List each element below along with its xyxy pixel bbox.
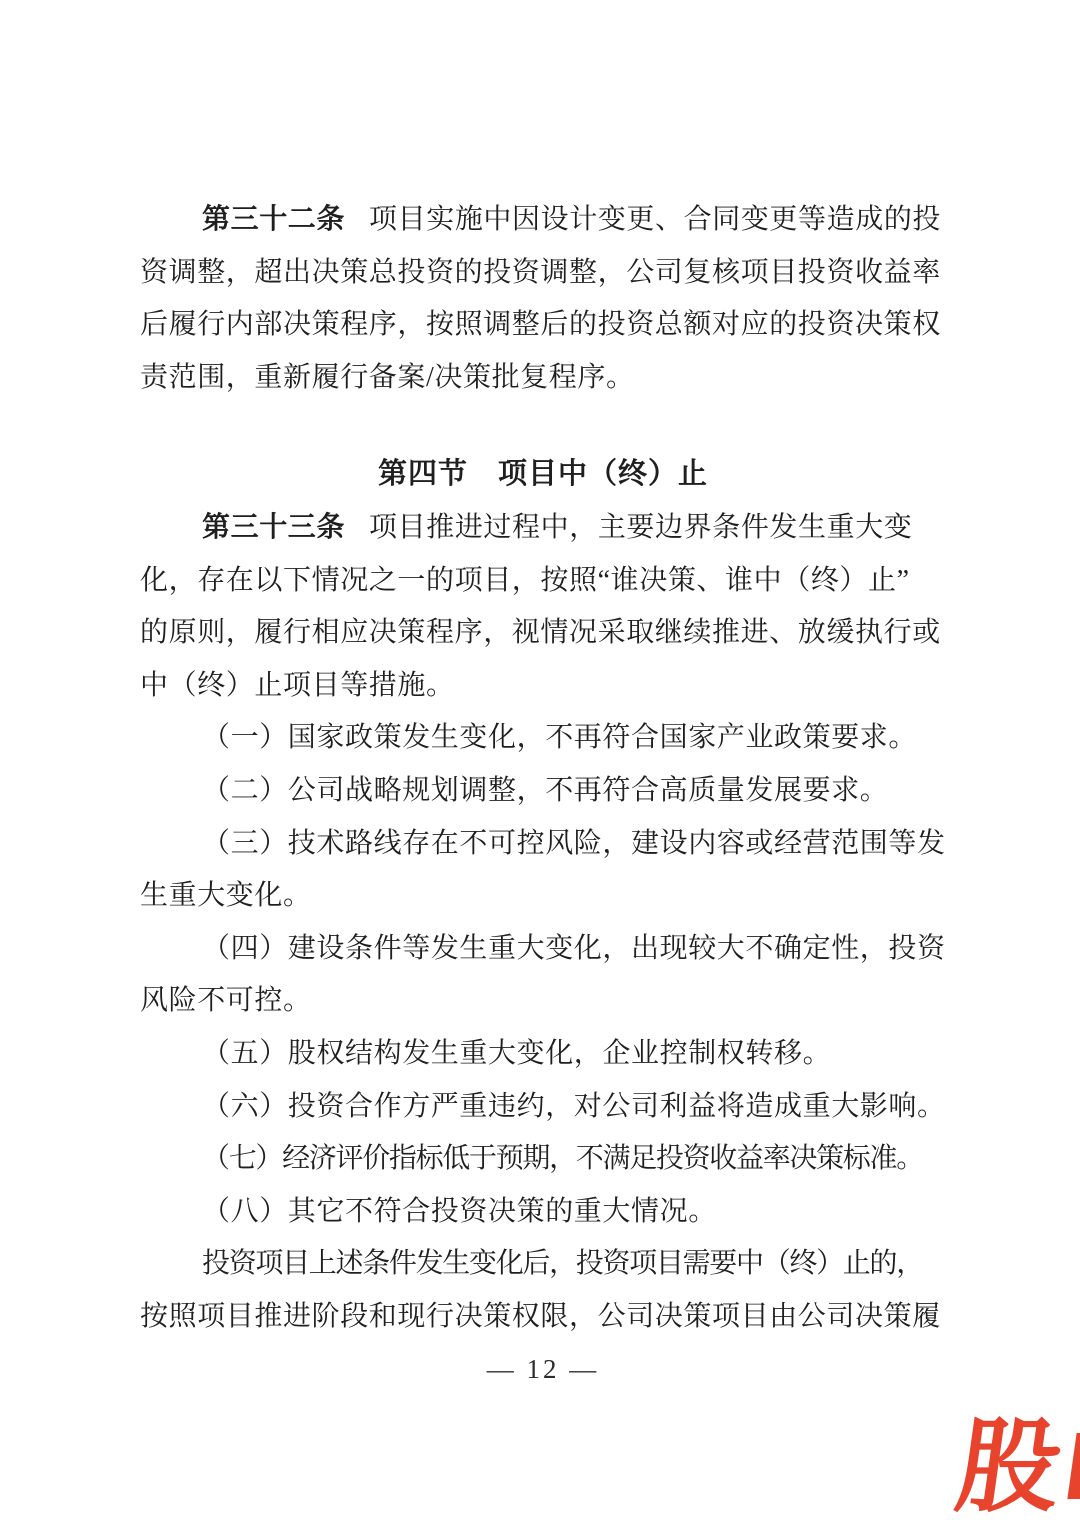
- article-32-number: 第三十二条: [202, 203, 345, 234]
- article-33-line-2: 化，存在以下情况之一的项目，按照“谁决策、谁中（终）止”: [140, 555, 946, 608]
- article-32-line-3: 后履行内部决策程序，按照调整后的投资总额对应的投资决策权: [140, 299, 946, 352]
- clause-7: （七）经济评价指标低于预期，不满足投资收益率决策标准。: [140, 1133, 946, 1186]
- closing-line-2: 按照项目推进阶段和现行决策权限，公司决策项目由公司决策履: [140, 1291, 946, 1344]
- article-33-line-4: 中（终）止项目等措施。: [140, 660, 946, 713]
- document-body: 第三十二条项目实施中因设计变更、合同变更等造成的投 资调整，超出决策总投资的投资…: [140, 193, 946, 1396]
- closing-line-1: 投资项目上述条件发生变化后，投资项目需要中（终）止的，: [140, 1238, 946, 1291]
- clause-4-line-1: （四）建设条件等发生重大变化，出现较大不确定性，投资: [140, 923, 946, 976]
- article-33-number: 第三十三条: [202, 511, 345, 542]
- page-number: — 12 —: [140, 1343, 946, 1396]
- section-heading: 第四节 项目中（终）止: [140, 448, 946, 501]
- clause-1: （一）国家政策发生变化，不再符合国家产业政策要求。: [140, 712, 946, 765]
- article-33-line-3: 的原则，履行相应决策程序，视情况采取继续推进、放缓执行或: [140, 607, 946, 660]
- article-32-line-4: 责范围，重新履行备案/决策批复程序。: [140, 352, 946, 405]
- clause-8: （八）其它不符合投资决策的重大情况。: [140, 1186, 946, 1239]
- clause-2: （二）公司战略规划调整，不再符合高质量发展要求。: [140, 765, 946, 818]
- clause-3-line-1: （三）技术路线存在不可控风险，建设内容或经营范围等发: [140, 818, 946, 871]
- clause-6: （六）投资合作方严重违约，对公司利益将造成重大影响。: [140, 1081, 946, 1134]
- article-33-text: 项目推进过程中，主要边界条件发生重大变: [369, 512, 912, 543]
- watermark-partial-glyph: [1067, 1433, 1080, 1499]
- article-33-line-1: 第三十三条项目推进过程中，主要边界条件发生重大变: [140, 501, 946, 555]
- article-32-text: 项目实施中因设计变更、合同变更等造成的投: [369, 204, 941, 235]
- article-32-line-1: 第三十二条项目实施中因设计变更、合同变更等造成的投: [140, 193, 946, 247]
- clause-3-line-2: 生重大变化。: [140, 870, 946, 923]
- clause-5: （五）股权结构发生重大变化，企业控制权转移。: [140, 1028, 946, 1081]
- article-32-line-2: 资调整，超出决策总投资的投资调整，公司复核项目投资收益率: [140, 247, 946, 300]
- clause-4-line-2: 风险不可控。: [140, 975, 946, 1028]
- watermark-gu-character: 股: [951, 1416, 1067, 1518]
